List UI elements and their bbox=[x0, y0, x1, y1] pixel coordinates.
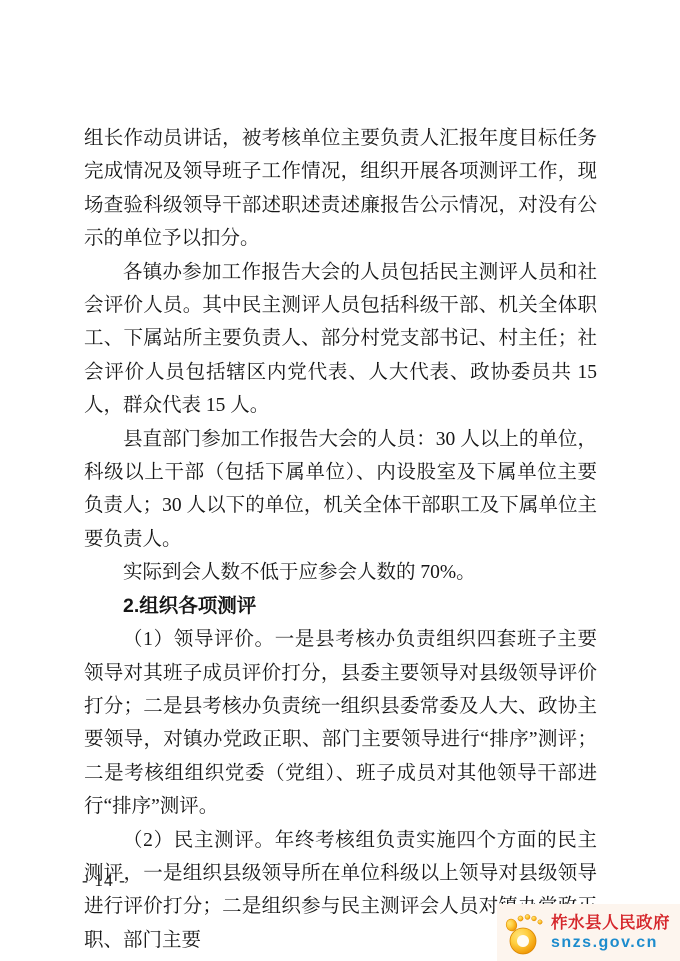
paragraph: 县直部门参加工作报告大会的人员：30 人以上的单位，科级以上干部（包括下属单位）… bbox=[84, 423, 597, 557]
paragraph: 实际到会人数不低于应参会人数的 70%。 bbox=[84, 556, 597, 589]
watermark-text: 柞水县人民政府 snzs.gov.cn bbox=[551, 913, 670, 952]
page-number: - 14 - bbox=[82, 870, 126, 891]
website-domain: snzs.gov.cn bbox=[551, 933, 670, 952]
site-watermark: 柞水县人民政府 snzs.gov.cn bbox=[497, 904, 680, 961]
paragraph: 组长作动员讲话，被考核单位主要负责人汇报年度目标任务完成情况及领导班子工作情况，… bbox=[84, 122, 597, 256]
government-name: 柞水县人民政府 bbox=[551, 913, 670, 933]
document-body: 组长作动员讲话，被考核单位主要负责人汇报年度目标任务完成情况及领导班子工作情况，… bbox=[84, 122, 597, 957]
footprint-icon bbox=[503, 910, 545, 956]
paragraph: 各镇办参加工作报告大会的人员包括民主测评人员和社会评价人员。其中民主测评人员包括… bbox=[84, 256, 597, 423]
document-page: 组长作动员讲话，被考核单位主要负责人汇报年度目标任务完成情况及领导班子工作情况，… bbox=[0, 0, 680, 961]
section-heading: 2.组织各项测评 bbox=[84, 590, 597, 623]
paragraph: （1）领导评价。一是县考核办负责组织四套班子主要领导对其班子成员评价打分，县委主… bbox=[84, 623, 597, 823]
